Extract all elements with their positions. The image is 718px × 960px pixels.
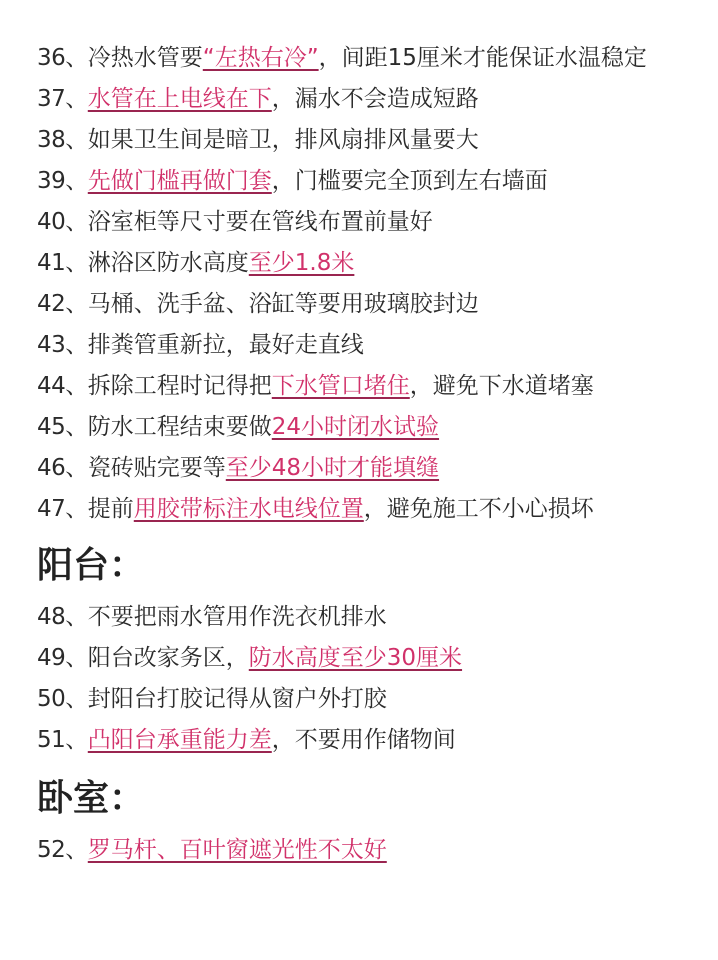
tip-43: 43、排粪管重新拉，最好走直线 <box>37 325 687 366</box>
tip-text: 不要把雨水管用作洗衣机排水 <box>88 604 387 630</box>
tip-highlight: 至少1.8米 <box>249 250 355 276</box>
tip-text: ，不要用作储物间 <box>272 727 456 753</box>
tip-text: 提前 <box>88 496 134 522</box>
tip-number: 47、 <box>37 496 88 522</box>
tip-text: 排粪管重新拉，最好走直线 <box>88 332 364 358</box>
tip-51: 51、凸阳台承重能力差，不要用作储物间 <box>37 720 687 761</box>
tip-40: 40、浴室柜等尺寸要在管线布置前量好 <box>37 202 687 243</box>
tip-number: 38、 <box>37 127 88 153</box>
tip-text: 封阳台打胶记得从窗户外打胶 <box>88 686 387 712</box>
tip-text: 冷热水管要 <box>88 45 203 71</box>
tip-text: 马桶、洗手盆、浴缸等要用玻璃胶封边 <box>88 291 479 317</box>
tip-text: ，避免下水道堵塞 <box>410 373 594 399</box>
tip-number: 42、 <box>37 291 88 317</box>
tip-50: 50、封阳台打胶记得从窗户外打胶 <box>37 679 687 720</box>
tip-text: ，避免施工不小心损坏 <box>364 496 594 522</box>
tip-text: ，间距15厘米才能保证水温稳定 <box>319 45 647 71</box>
tip-number: 44、 <box>37 373 88 399</box>
tip-highlight: “左热右冷” <box>203 45 319 71</box>
tip-number: 50、 <box>37 686 88 712</box>
section-heading-balcony: 阳台： <box>37 540 687 592</box>
tip-49: 49、阳台改家务区，防水高度至少30厘米 <box>37 638 687 679</box>
tip-highlight: 凸阳台承重能力差 <box>88 727 272 753</box>
tip-highlight: 先做门槛再做门套 <box>88 168 272 194</box>
tip-number: 41、 <box>37 250 88 276</box>
tip-number: 40、 <box>37 209 88 235</box>
tip-44: 44、拆除工程时记得把下水管口堵住，避免下水道堵塞 <box>37 366 687 407</box>
tip-text: 淋浴区防水高度 <box>88 250 249 276</box>
tip-number: 49、 <box>37 645 88 671</box>
tip-36: 36、冷热水管要“左热右冷”，间距15厘米才能保证水温稳定 <box>37 38 677 79</box>
tip-45: 45、防水工程结束要做24小时闭水试验 <box>37 407 687 448</box>
tip-number: 39、 <box>37 168 88 194</box>
tip-number: 52、 <box>37 837 88 863</box>
tip-text: 防水工程结束要做 <box>88 414 272 440</box>
tip-text: 拆除工程时记得把 <box>88 373 272 399</box>
tip-highlight: 至少48小时才能填缝 <box>226 455 439 481</box>
tip-number: 37、 <box>37 86 88 112</box>
tip-text: 如果卫生间是暗卫，排风扇排风量要大 <box>88 127 479 153</box>
tip-46: 46、瓷砖贴完要等至少48小时才能填缝 <box>37 448 687 489</box>
tip-39: 39、先做门槛再做门套，门槛要完全顶到左右墙面 <box>37 161 687 202</box>
tip-number: 51、 <box>37 727 88 753</box>
tip-text: ，漏水不会造成短路 <box>272 86 479 112</box>
tip-highlight: 水管在上电线在下 <box>88 86 272 112</box>
tip-highlight: 下水管口堵住 <box>272 373 410 399</box>
tip-highlight: 防水高度至少30厘米 <box>249 645 462 671</box>
tip-number: 46、 <box>37 455 88 481</box>
tip-42: 42、马桶、洗手盆、浴缸等要用玻璃胶封边 <box>37 284 687 325</box>
section-heading-bedroom: 卧室： <box>37 773 687 825</box>
tip-number: 48、 <box>37 604 88 630</box>
tip-text: 瓷砖贴完要等 <box>88 455 226 481</box>
tip-number: 43、 <box>37 332 88 358</box>
tip-37: 37、水管在上电线在下，漏水不会造成短路 <box>37 79 687 120</box>
tip-text: 浴室柜等尺寸要在管线布置前量好 <box>88 209 433 235</box>
tip-48: 48、不要把雨水管用作洗衣机排水 <box>37 597 687 638</box>
tip-38: 38、如果卫生间是暗卫，排风扇排风量要大 <box>37 120 687 161</box>
tip-52: 52、罗马杆、百叶窗遮光性不太好 <box>37 830 687 871</box>
tip-text: 阳台改家务区， <box>88 645 249 671</box>
tip-number: 36、 <box>37 45 88 71</box>
tip-47: 47、提前用胶带标注水电线位置，避免施工不小心损坏 <box>37 489 687 530</box>
renovation-tips-document: 36、冷热水管要“左热右冷”，间距15厘米才能保证水温稳定 37、水管在上电线在… <box>37 38 687 871</box>
tip-41: 41、淋浴区防水高度至少1.8米 <box>37 243 687 284</box>
tip-highlight: 罗马杆、百叶窗遮光性不太好 <box>88 837 387 863</box>
tip-highlight: 24小时闭水试验 <box>272 414 439 440</box>
tip-number: 45、 <box>37 414 88 440</box>
tip-text: ，门槛要完全顶到左右墙面 <box>272 168 548 194</box>
tip-highlight: 用胶带标注水电线位置 <box>134 496 364 522</box>
